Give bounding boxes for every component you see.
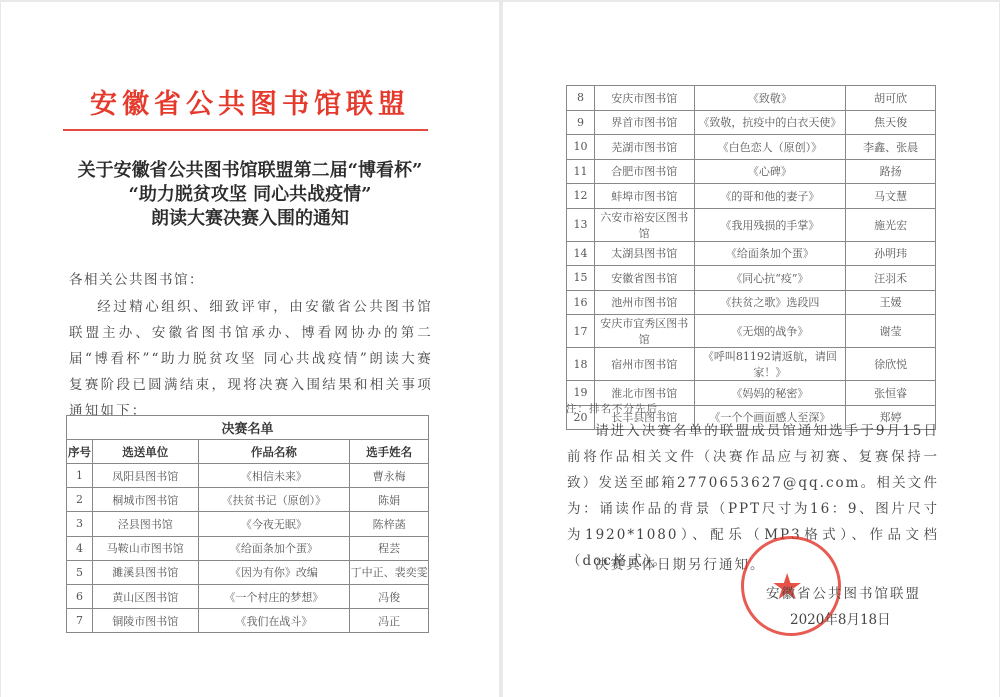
cell-work: 《相信未来》: [198, 464, 350, 488]
cell-unit: 安徽省图书馆: [594, 266, 694, 291]
table-row: 12蚌埠市图书馆《的哥和他的妻子》马文慧: [567, 184, 936, 209]
cell-work: 《给面条加个蛋》: [198, 536, 350, 560]
cell-unit: 安庆市图书馆: [594, 86, 694, 111]
table-row: 18宿州市图书馆《呼叫81192请返航，请回家！》徐欣悦: [567, 348, 936, 381]
cell-work: 《心碑》: [694, 159, 846, 184]
cell-work: 《致敬，抗疫中的白衣天使》: [694, 110, 846, 135]
cell-number: 18: [567, 348, 595, 381]
header-contestant: 选手姓名: [350, 440, 429, 464]
cell-unit: 芜湖市图书馆: [594, 135, 694, 160]
cell-contestant: 丁中正、裴奕雯: [350, 560, 429, 584]
cell-work: 《妈妈的秘密》: [694, 381, 846, 406]
cell-contestant: 焦天俊: [846, 110, 936, 135]
cell-unit: 马鞍山市图书馆: [92, 536, 198, 560]
cell-contestant: 冯正: [350, 609, 429, 633]
table-row: 5濉溪县图书馆《因为有你》改编丁中正、裴奕雯: [67, 560, 429, 584]
page-1: 安徽省公共图书馆联盟 关于安徽省公共图书馆联盟第二届“博看杯” “助力脱贫攻坚 …: [1, 2, 499, 697]
body-text: 经过精心组织、细致评审，由安徽省公共图书馆联盟主办、安徽省图书馆承办、博看网协办…: [69, 299, 433, 419]
cell-unit: 界首市图书馆: [594, 110, 694, 135]
table-row: 15安徽省图书馆《同心抗“疫”》汪羽禾: [567, 266, 936, 291]
table-row: 6黄山区图书馆《一个村庄的梦想》冯俊: [67, 584, 429, 608]
cell-work: 《呼叫81192请返航，请回家！》: [694, 348, 846, 381]
cell-contestant: 陈梓菡: [350, 512, 429, 536]
table-row: 7铜陵市图书馆《我们在战斗》冯正: [67, 609, 429, 633]
header-work: 作品名称: [198, 440, 350, 464]
cell-number: 7: [67, 609, 93, 633]
signature-date: 2020年8月18日: [790, 608, 891, 628]
table-row: 11合肥市图书馆《心碑》路扬: [567, 159, 936, 184]
cell-contestant: 徐欣悦: [846, 348, 936, 381]
cell-unit: 合肥市图书馆: [594, 159, 694, 184]
cell-work: 《一个村庄的梦想》: [198, 584, 350, 608]
cell-work: 《给面条加个蛋》: [694, 241, 846, 266]
cell-number: 14: [567, 241, 595, 266]
final-date-note: 决赛具体日期另行通知。: [595, 553, 766, 573]
red-divider: [63, 129, 428, 131]
notice-text: 请进入决赛名单的联盟成员馆通知选手于9月15日前将作品相关文件（决赛作品应与初赛…: [567, 423, 939, 569]
cell-number: 3: [67, 512, 93, 536]
cell-contestant: 孙明玮: [846, 241, 936, 266]
body-paragraph: 经过精心组织、细致评审，由安徽省公共图书馆联盟主办、安徽省图书馆承办、博看网协办…: [69, 294, 433, 424]
cell-number: 4: [67, 536, 93, 560]
cell-contestant: 陈娟: [350, 488, 429, 512]
cell-unit: 泾县图书馆: [92, 512, 198, 536]
page-2: 8安庆市图书馆《致敬》胡可欣 9界首市图书馆《致敬，抗疫中的白衣天使》焦天俊 1…: [503, 2, 999, 697]
table-row: 9界首市图书馆《致敬，抗疫中的白衣天使》焦天俊: [567, 110, 936, 135]
cell-number: 8: [567, 86, 595, 111]
cell-contestant: 马文慧: [846, 184, 936, 209]
finalist-table-part-2: 8安庆市图书馆《致敬》胡可欣 9界首市图书馆《致敬，抗疫中的白衣天使》焦天俊 1…: [566, 85, 936, 430]
cell-unit: 宿州市图书馆: [594, 348, 694, 381]
cell-number: 17: [567, 315, 595, 348]
table-row: 16池州市图书馆《扶贫之歌》选段四王媛: [567, 290, 936, 315]
cell-work: 《今夜无眠》: [198, 512, 350, 536]
cell-contestant: 冯俊: [350, 584, 429, 608]
signature-organization: 安徽省公共图书馆联盟: [766, 582, 921, 602]
cell-contestant: 张恒睿: [846, 381, 936, 406]
header-number: 序号: [67, 440, 93, 464]
cell-number: 2: [67, 488, 93, 512]
cell-number: 9: [567, 110, 595, 135]
cell-unit: 桐城市图书馆: [92, 488, 198, 512]
cell-number: 13: [567, 208, 595, 241]
header-unit: 选送单位: [92, 440, 198, 464]
cell-work: 《的哥和他的妻子》: [694, 184, 846, 209]
cell-unit: 铜陵市图书馆: [92, 609, 198, 633]
table-row: 4马鞍山市图书馆《给面条加个蛋》程芸: [67, 536, 429, 560]
cell-number: 15: [567, 266, 595, 291]
cell-work: 《同心抗“疫”》: [694, 266, 846, 291]
table-row: 13六安市裕安区图书馆《我用残损的手掌》施光宏: [567, 208, 936, 241]
table-row: 1凤阳县图书馆《相信未来》曹永梅: [67, 464, 429, 488]
cell-contestant: 胡可欣: [846, 86, 936, 111]
table-row: 10芜湖市图书馆《白色恋人（原创）》李鑫、张晨: [567, 135, 936, 160]
cell-unit: 池州市图书馆: [594, 290, 694, 315]
document-title: 关于安徽省公共图书馆联盟第二届“博看杯” “助力脱贫攻坚 同心共战疫情” 朗读大…: [1, 159, 499, 231]
cell-contestant: 程芸: [350, 536, 429, 560]
cell-contestant: 王媛: [846, 290, 936, 315]
cell-unit: 凤阳县图书馆: [92, 464, 198, 488]
cell-number: 5: [67, 560, 93, 584]
cell-unit: 太湖县图书馆: [594, 241, 694, 266]
cell-work: 《无烟的战争》: [694, 315, 846, 348]
cell-unit: 黄山区图书馆: [92, 584, 198, 608]
title-line-3: 朗读大赛决赛入围的通知: [1, 207, 499, 231]
cell-unit: 濉溪县图书馆: [92, 560, 198, 584]
cell-contestant: 汪羽禾: [846, 266, 936, 291]
cell-contestant: 施光宏: [846, 208, 936, 241]
cell-contestant: 路扬: [846, 159, 936, 184]
finalist-table-part-1: 决赛名单 序号 选送单位 作品名称 选手姓名 1凤阳县图书馆《相信未来》曹永梅 …: [66, 415, 429, 633]
salutation: 各相关公共图书馆：: [69, 268, 204, 288]
cell-work: 《扶贫书记（原创）》: [198, 488, 350, 512]
table-row: 3泾县图书馆《今夜无眠》陈梓菡: [67, 512, 429, 536]
cell-number: 11: [567, 159, 595, 184]
cell-work: 《我用残损的手掌》: [694, 208, 846, 241]
cell-number: 6: [67, 584, 93, 608]
submission-notice: 请进入决赛名单的联盟成员馆通知选手于9月15日前将作品相关文件（决赛作品应与初赛…: [567, 418, 939, 574]
cell-work: 《因为有你》改编: [198, 560, 350, 584]
cell-work: 《扶贫之歌》选段四: [694, 290, 846, 315]
cell-work: 《致敬》: [694, 86, 846, 111]
cell-unit: 六安市裕安区图书馆: [594, 208, 694, 241]
cell-number: 16: [567, 290, 595, 315]
table-row: 17安庆市宜秀区图书馆《无烟的战争》谢莹: [567, 315, 936, 348]
cell-work: 《白色恋人（原创）》: [694, 135, 846, 160]
table-row: 2桐城市图书馆《扶贫书记（原创）》陈娟: [67, 488, 429, 512]
cell-number: 10: [567, 135, 595, 160]
cell-number: 12: [567, 184, 595, 209]
table-row: 8安庆市图书馆《致敬》胡可欣: [567, 86, 936, 111]
cell-work: 《我们在战斗》: [198, 609, 350, 633]
org-title: 安徽省公共图书馆联盟: [1, 82, 499, 121]
table-caption: 决赛名单: [67, 416, 429, 440]
cell-unit: 安庆市宜秀区图书馆: [594, 315, 694, 348]
cell-contestant: 曹永梅: [350, 464, 429, 488]
cell-number: 1: [67, 464, 93, 488]
cell-contestant: 李鑫、张晨: [846, 135, 936, 160]
cell-contestant: 谢莹: [846, 315, 936, 348]
table-row: 14太湖县图书馆《给面条加个蛋》孙明玮: [567, 241, 936, 266]
title-line-2: “助力脱贫攻坚 同心共战疫情”: [1, 183, 499, 207]
title-line-1: 关于安徽省公共图书馆联盟第二届“博看杯”: [1, 159, 499, 183]
cell-unit: 蚌埠市图书馆: [594, 184, 694, 209]
table-note: 注：排名不分先后。: [566, 401, 670, 416]
